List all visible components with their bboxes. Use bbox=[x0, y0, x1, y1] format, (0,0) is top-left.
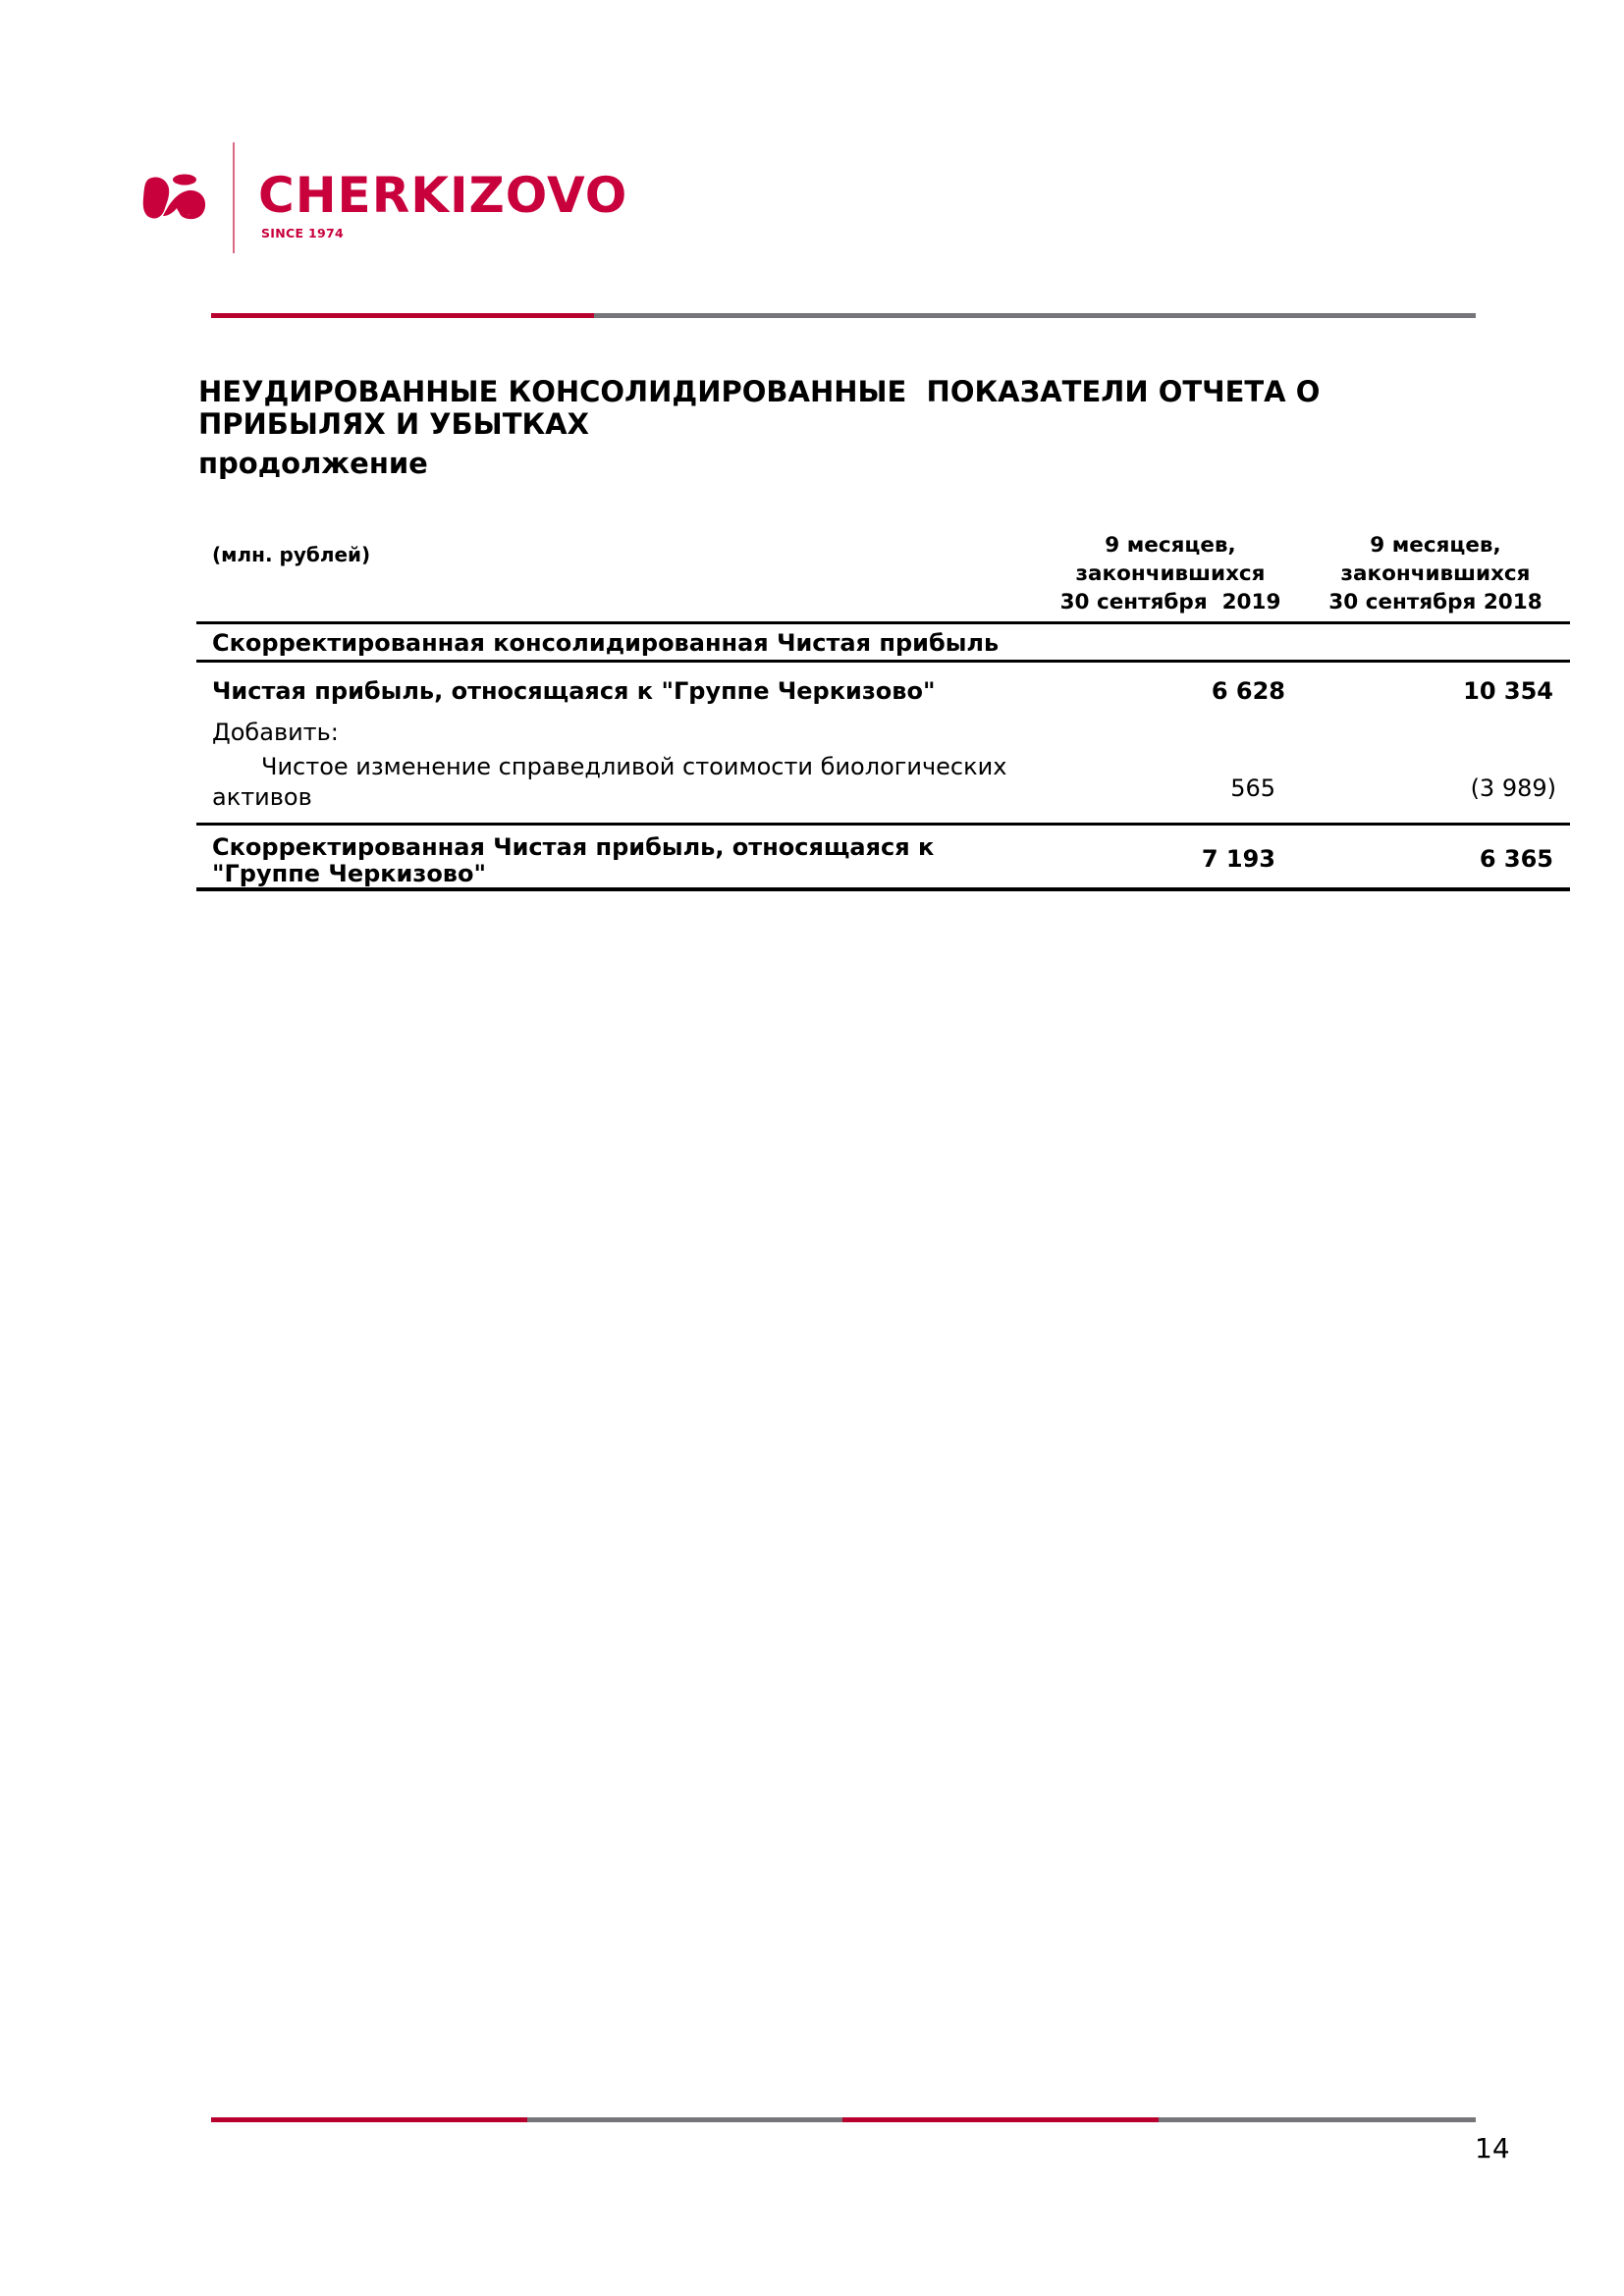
title-line-2: ПРИБЫЛЯХ И УБЫТКАХ bbox=[198, 407, 589, 441]
title-subtitle: продолжение bbox=[198, 448, 1475, 480]
column-header-2018: 9 месяцев, закончившихся 30 сентября 201… bbox=[1318, 531, 1553, 616]
footer-bar-grey-2 bbox=[1159, 2117, 1476, 2122]
column-header-2019: 9 месяцев, закончившихся 30 сентября 201… bbox=[1053, 531, 1288, 616]
value-2019: 565 bbox=[1230, 774, 1275, 802]
row-label-line-2: активов bbox=[212, 783, 312, 811]
header-bar-red bbox=[211, 313, 594, 318]
table-row: Чистая прибыль, относящаяся к "Группе Че… bbox=[196, 663, 1570, 710]
section-title-row: Скорректированная консолидированная Чист… bbox=[196, 624, 1570, 660]
value-2019: 7 193 bbox=[1202, 845, 1275, 873]
income-statement-table: (млн. рублей) 9 месяцев, закончившихся 3… bbox=[196, 525, 1570, 891]
column-header-line: 9 месяцев, bbox=[1053, 531, 1288, 560]
row-label-line-2: "Группе Черкизово" bbox=[212, 860, 486, 887]
value-2018: 10 354 bbox=[1463, 677, 1553, 705]
column-header-line: 9 месяцев, bbox=[1318, 531, 1553, 560]
column-header-line: закончившихся bbox=[1318, 560, 1553, 588]
table-row: Чистое изменение справедливой стоимости … bbox=[196, 747, 1570, 823]
logo-divider bbox=[233, 142, 235, 253]
column-header-line: 30 сентября 2019 bbox=[1053, 588, 1288, 616]
footer-bar-grey-1 bbox=[527, 2117, 842, 2122]
unit-label: (млн. рублей) bbox=[212, 543, 370, 566]
table-header: (млн. рублей) 9 месяцев, закончившихся 3… bbox=[196, 525, 1570, 621]
page-title: НЕУДИРОВАННЫЕ КОНСОЛИДИРОВАННЫЕ ПОКАЗАТЕ… bbox=[198, 376, 1475, 480]
footer-bar-red-1 bbox=[211, 2117, 527, 2122]
table-row-total: Скорректированная Чистая прибыль, относя… bbox=[196, 826, 1570, 887]
page-number: 14 bbox=[1475, 2133, 1510, 2164]
logo-tagline: SINCE 1974 bbox=[261, 227, 344, 240]
section-title: Скорректированная консолидированная Чист… bbox=[212, 629, 999, 657]
row-label-line-1: Чистое изменение справедливой стоимости … bbox=[261, 753, 1006, 780]
row-label: Добавить: bbox=[212, 719, 339, 746]
footer-bar-red-2 bbox=[842, 2117, 1159, 2122]
column-header-line: 30 сентября 2018 bbox=[1318, 588, 1553, 616]
logo-wordmark: CHERKIZOVO bbox=[258, 169, 627, 222]
table-rule-bottom bbox=[196, 887, 1570, 891]
value-2018: (3 989) bbox=[1471, 774, 1556, 802]
title-line-1: НЕУДИРОВАННЫЕ КОНСОЛИДИРОВАННЫЕ ПОКАЗАТЕ… bbox=[198, 375, 1320, 408]
cherkizovo-logo-icon bbox=[141, 173, 208, 222]
header-bar-grey bbox=[594, 313, 1476, 318]
column-header-line: закончившихся bbox=[1053, 560, 1288, 588]
value-2019: 6 628 bbox=[1212, 677, 1285, 705]
row-label: Чистая прибыль, относящаяся к "Группе Че… bbox=[212, 677, 935, 705]
row-label-line-1: Скорректированная Чистая прибыль, относя… bbox=[212, 833, 934, 861]
table-row: Добавить: bbox=[196, 710, 1570, 747]
value-2018: 6 365 bbox=[1480, 845, 1553, 873]
